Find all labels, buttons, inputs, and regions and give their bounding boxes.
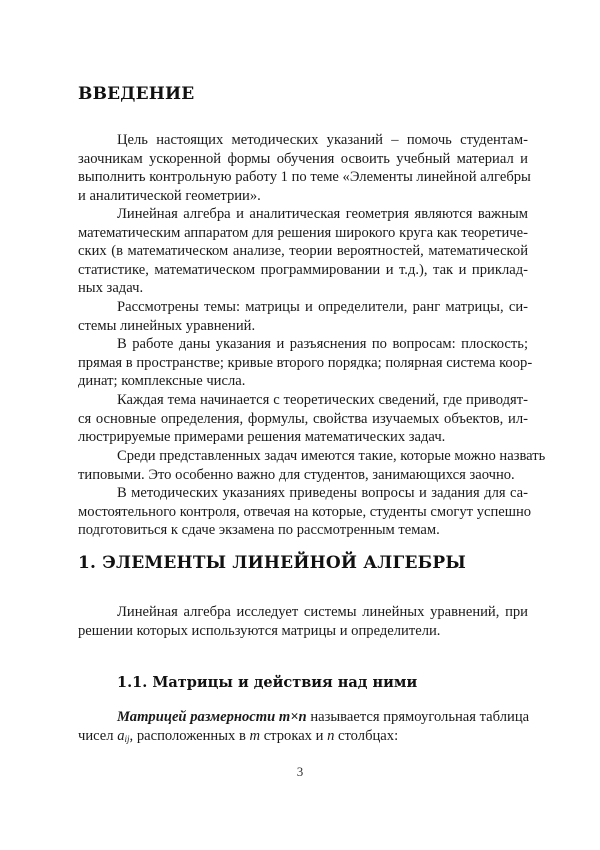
text-line: динат; комплексные числа. — [78, 372, 528, 391]
intro-paragraph-4: В работе даны указания и разъяснения по … — [78, 335, 528, 391]
chapter1-paragraph-1: Линейная алгебра исследует системы линей… — [78, 603, 528, 640]
text-line: Линейная алгебра исследует системы линей… — [78, 603, 528, 622]
page-number: 3 — [0, 764, 600, 780]
document-page: ВВЕДЕНИЕ Цель настоящих методических ука… — [0, 0, 600, 850]
heading-introduction: ВВЕДЕНИЕ — [78, 84, 194, 104]
heading-chapter-1: 1. ЭЛЕМЕНТЫ ЛИНЕЙНОЙ АЛГЕБРЫ — [78, 553, 466, 573]
text-line: Рассмотрены темы: матрицы и определители… — [78, 298, 528, 317]
math-var-a: a — [117, 728, 124, 744]
intro-paragraph-2: Линейная алгебра и аналитическая геометр… — [78, 205, 528, 298]
text-line: статистике, математическом программирова… — [78, 261, 528, 280]
text-line: люстрируемые примерами решения математич… — [78, 428, 528, 447]
text-line: ся основные определения, формулы, свойст… — [78, 410, 528, 429]
text-line: ных задач. — [78, 279, 528, 298]
intro-paragraph-7: В методических указаниях приведены вопро… — [78, 484, 528, 540]
text-fragment: чисел — [78, 728, 117, 744]
text-line: типовыми. Это особенно важно для студент… — [78, 466, 528, 485]
text-line: Цель настоящих методических указаний – п… — [78, 131, 528, 150]
text-line: Линейная алгебра и аналитическая геометр… — [78, 205, 528, 224]
text-line: решении которых используются матрицы и о… — [78, 622, 528, 641]
text-fragment: столбцах: — [334, 728, 398, 744]
definition-paragraph: Матрицей размерности m×n называется прям… — [78, 708, 528, 745]
text-line: математическим аппаратом для решения шир… — [78, 224, 528, 243]
text-line: выполнить контрольную работу 1 по теме «… — [78, 168, 528, 187]
text-line: Среди представленных задач имеются такие… — [78, 447, 528, 466]
text-line: стемы линейных уравнений. — [78, 317, 528, 336]
text-line: подготовиться к сдаче экзамена по рассмо… — [78, 521, 528, 540]
text-line: Матрицей размерности m×n называется прям… — [78, 708, 528, 727]
text-line: чисел aij, расположенных в m строках и n… — [78, 727, 528, 746]
text-line: и аналитической геометрии». — [78, 187, 528, 206]
text-line: В работе даны указания и разъяснения по … — [78, 335, 528, 354]
math-var-m: m — [250, 728, 261, 744]
text-fragment: , расположенных в — [130, 728, 250, 744]
text-fragment: называется прямоугольная таблица — [307, 709, 529, 725]
text-line: прямая в пространстве; кривые второго по… — [78, 354, 528, 373]
text-line: Каждая тема начинается с теоретических с… — [78, 391, 528, 410]
intro-paragraph-6: Среди представленных задач имеются такие… — [78, 447, 528, 484]
defined-term: Матрицей размерности m×n — [117, 709, 307, 725]
text-line: В методических указаниях приведены вопро… — [78, 484, 528, 503]
text-line: ских (в математическом анализе, теории в… — [78, 242, 528, 261]
heading-section-1-1: 1.1. Матрицы и действия над ними — [117, 674, 417, 691]
text-line: заочникам ускоренной формы обучения осво… — [78, 150, 528, 169]
intro-paragraph-1: Цель настоящих методических указаний – п… — [78, 131, 528, 205]
text-fragment: строках и — [260, 728, 327, 744]
intro-paragraph-5: Каждая тема начинается с теоретических с… — [78, 391, 528, 447]
intro-paragraph-3: Рассмотрены темы: матрицы и определители… — [78, 298, 528, 335]
text-line: мостоятельного контроля, отвечая на кото… — [78, 503, 528, 522]
